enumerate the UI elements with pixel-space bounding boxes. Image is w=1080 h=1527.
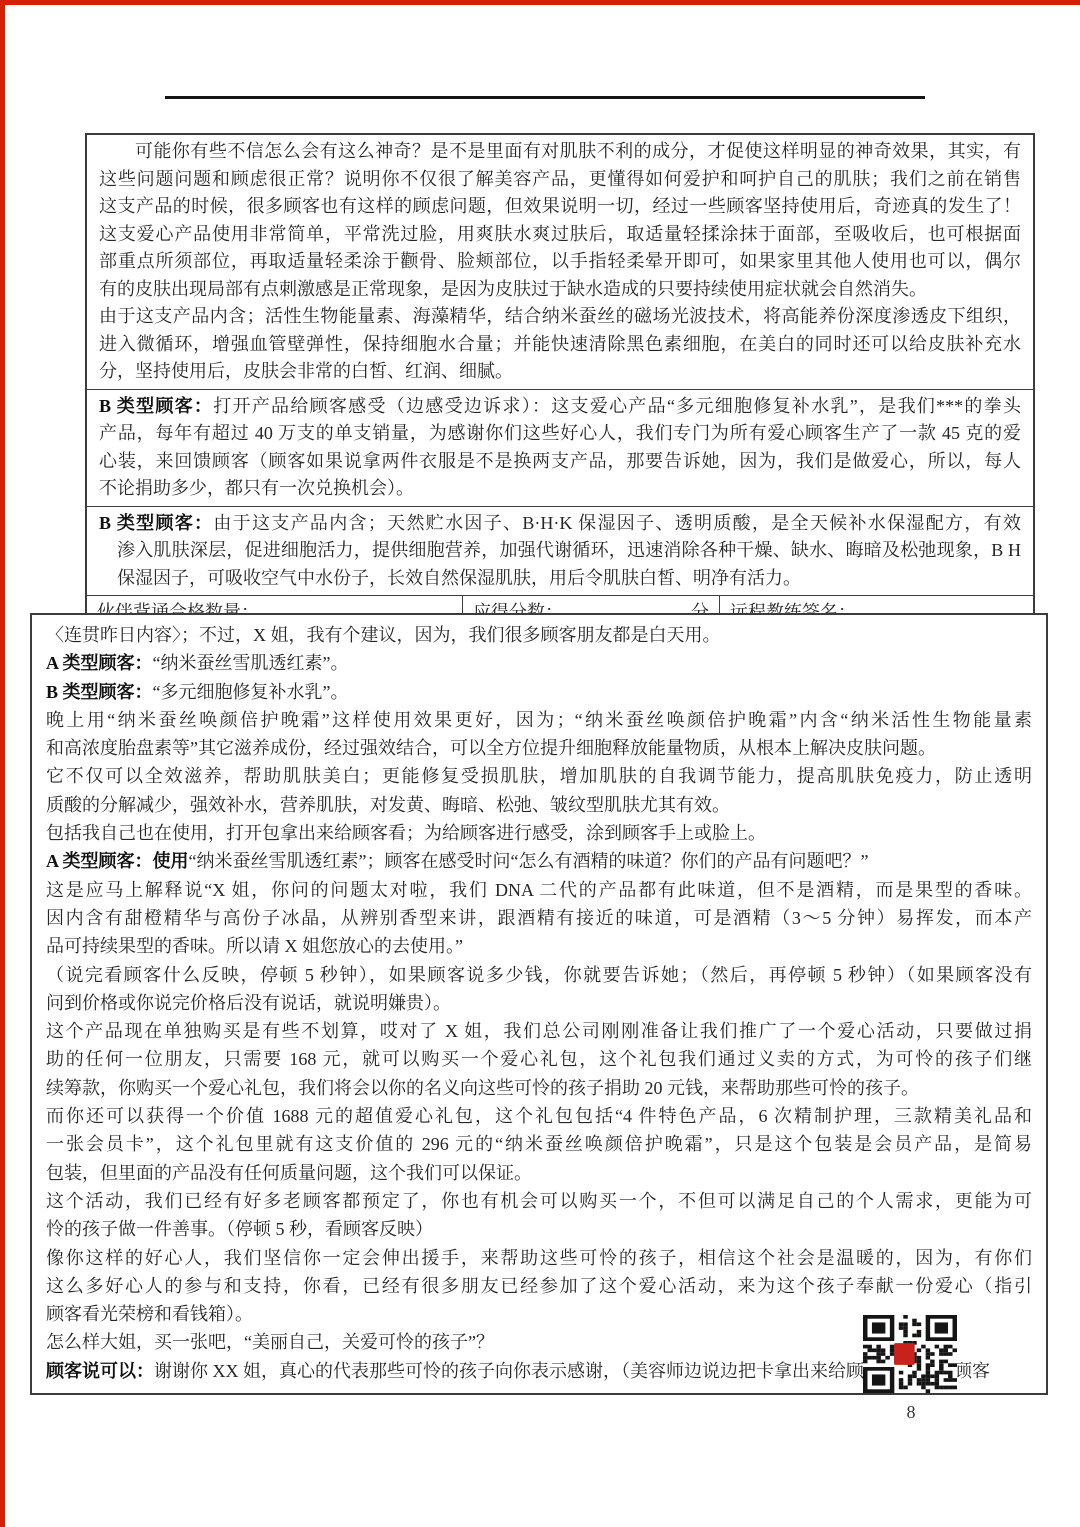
text-line: 它不仅可以全效滋养，帮助肌肤美白；更能修复受损肌肤，增加肌肤的自我调节能力，提高… <box>46 762 1032 790</box>
text-line: 一张会员卡”，这个礼包里就有这支价值的 296 元的“纳米蚕丝唤颜倍护晚霜”，只… <box>46 1130 1032 1158</box>
text-line: 这支爱心产品使用非常简单，平常洗过脸，用爽肤水爽过肤后，取适量轻揉涂抹于面部，至… <box>99 221 1021 249</box>
text-line: A 类型顾客：使用“纳米蚕丝雪肌透红素”；顾客在感受时问“怎么有酒精的味道？你们… <box>46 847 1032 875</box>
text-line: 而你还可以获得一个价值 1688 元的超值爱心礼包，这个礼包包括“4 件特色产品… <box>46 1102 1032 1130</box>
text-line: 包装，但里面的产品没有任何质量问题，这个我们可以保证。 <box>46 1159 1032 1187</box>
text-line: 分，坚持使用后，皮肤会非常的白皙、红润、细腻。 <box>99 358 1021 386</box>
text-line: 〈连贯昨日内容〉；不过，X 姐，我有个建议，因为，我们很多顾客朋友都是白天用。 <box>46 621 1032 649</box>
text-line: 和高浓度胎盘素等”其它滋养成份，经过强效结合，可以全方位提升细胞释放能量物质，从… <box>46 734 1032 762</box>
script-table: 可能你有些不信怎么会有这么神奇？是不是里面有对肌肤不利的成分，才促使这样明显的神… <box>85 133 1035 628</box>
document-page: 可能你有些不信怎么会有这么神奇？是不是里面有对肌肤不利的成分，才促使这样明显的神… <box>0 0 1080 1527</box>
text-line: 这支产品的时候，很多顾客也有这样的顾虑问题，但效果说明一切，经过一些顾客坚持使用… <box>99 193 1021 221</box>
text-line: 怜的孩子做一件善事。（停顿 5 秒，看顾客反映） <box>46 1215 1032 1243</box>
text-line: 心装，来回馈顾客（顾客如果说拿两件衣服是不是换两支产品，那要告诉她，因为，我们是… <box>99 448 1021 476</box>
text-line: 包括我自己也在使用，打开包拿出来给顾客看；为给顾客进行感受，涂到顾客手上或脸上。 <box>46 819 1032 847</box>
text-line: 由于这支产品内含；活性生物能量素、海藻精华，结合纳米蚕丝的磁场光波技术，将高能养… <box>99 303 1021 331</box>
text-line: 续筹款，你购买一个爱心礼包，我们将会以你的名义向这些可怜的孩子捐助 20 元钱，… <box>46 1074 1032 1102</box>
text-line: 这个产品现在单独购买是有些不划算，哎对了 X 姐，我们总公司刚刚准备让我们推广了… <box>46 1017 1032 1045</box>
text-line: B 类型顾客：“多元细胞修复补水乳”。 <box>46 678 1032 706</box>
qr-code-pattern <box>863 1315 957 1393</box>
text-line: 晚上用“纳米蚕丝唤颜倍护晚霜”这样使用效果更好，因为；“纳米蚕丝唤颜倍护晚霜”内… <box>46 706 1032 734</box>
text-line: （说完看顾客什么反映，停顿 5 秒钟），如果顾客说多少钱，你就要告诉她；（然后，… <box>46 961 1032 989</box>
red-top-border <box>0 0 1080 5</box>
script-body: 〈连贯昨日内容〉；不过，X 姐，我有个建议，因为，我们很多顾客朋友都是白天用。A… <box>30 613 1048 1395</box>
text-line: B 类型顾客：打开产品给顾客感受（边感受边诉求）：这支爱心产品“多元细胞修复补水… <box>99 393 1021 421</box>
text-line: 渗入肌肤深层，促进细胞活力，提供细胞营养，加强代谢循环，迅速消除各种干燥、缺水、… <box>99 537 1021 565</box>
red-left-border <box>0 0 5 1527</box>
text-line: 这是应马上解释说“X 姐，你问的问题太对啦，我们 DNA 二代的产品都有此味道，… <box>46 876 1032 904</box>
text-line: 保湿因子，可吸收空气中水份子，长效自然保湿肌肤，用后令肌肤白皙、明净有活力。 <box>99 565 1021 593</box>
text-line: 这个活动，我们已经有好多老顾客都预定了，你也有机会可以购买一个，不但可以满足自己… <box>46 1187 1032 1215</box>
paragraph-b-customer-1: B 类型顾客：打开产品给顾客感受（边感受边诉求）：这支爱心产品“多元细胞修复补水… <box>87 389 1033 506</box>
text-line: 这些问题问题和顾虑很正常？说明你不仅很了解美容产品，更懂得如何爱护和呵护自己的肌… <box>99 166 1021 194</box>
text-line: 有的皮肤出现局部有点刺激感是正常现象，是因为皮肤过于缺水造成的只要持续使用症状就… <box>99 276 1021 304</box>
text-line: 质酸的分解减少，强效补水，营养肌肤，对发黄、晦暗、松弛、皱纹型肌肤尤其有效。 <box>46 791 1032 819</box>
page-number: 8 <box>896 1402 926 1423</box>
text-line: 不论捐助多少，都只有一次兑换机会）。 <box>99 475 1021 503</box>
qr-code <box>863 1315 957 1393</box>
text-line: 品可持续果型的香味。所以请 X 姐您放心的去使用。” <box>46 932 1032 960</box>
text-line: A 类型顾客：“纳米蚕丝雪肌透红素”。 <box>46 649 1032 677</box>
text-line: 因内含有甜橙精华与高份子冰晶，从辨别香型来讲，跟酒精有接近的味道，可是酒精（3～… <box>46 904 1032 932</box>
paragraph-usage-intro: 可能你有些不信怎么会有这么神奇？是不是里面有对肌肤不利的成分，才促使这样明显的神… <box>87 135 1033 389</box>
text-line: 可能你有些不信怎么会有这么神奇？是不是里面有对肌肤不利的成分，才促使这样明显的神… <box>99 138 1021 166</box>
text-line: 这么多好心人的参与和支持，你看，已经有很多朋友已经参加了这个爱心活动，来为这个孩… <box>46 1272 1032 1300</box>
text-line: 问到价格或你说完价格后没有说话，就说明嫌贵）。 <box>46 989 1032 1017</box>
red-seal-stamp <box>894 1343 915 1365</box>
text-line: 进入微循环，增强血管壁弹性，保持细胞水合量；并能快速清除黑色素细胞，在美白的同时… <box>99 331 1021 359</box>
text-line: B 类型顾客：由于这支产品内含；天然贮水因子、B·H·K 保湿因子、透明质酸，是… <box>99 510 1021 538</box>
text-line: 像你这样的好心人，我们坚信你一定会伸出援手，来帮助这些可怜的孩子，相信这个社会是… <box>46 1244 1032 1272</box>
text-line: 助的任何一位朋友，只需要 168 元，就可以购买一个爱心礼包，这个礼包我们通过义… <box>46 1045 1032 1073</box>
header-rule <box>165 96 925 99</box>
text-line: 部重点所须部位，再取适量轻柔涂于颧骨、脸颊部位，以手指轻柔晕开即可，如果家里其他… <box>99 248 1021 276</box>
paragraph-b-customer-2: B 类型顾客：由于这支产品内含；天然贮水因子、B·H·K 保湿因子、透明质酸，是… <box>87 506 1033 596</box>
text-line: 产品，每年有超过 40 万支的单支销量，为感谢你们这些好心人，我们专门为所有爱心… <box>99 420 1021 448</box>
